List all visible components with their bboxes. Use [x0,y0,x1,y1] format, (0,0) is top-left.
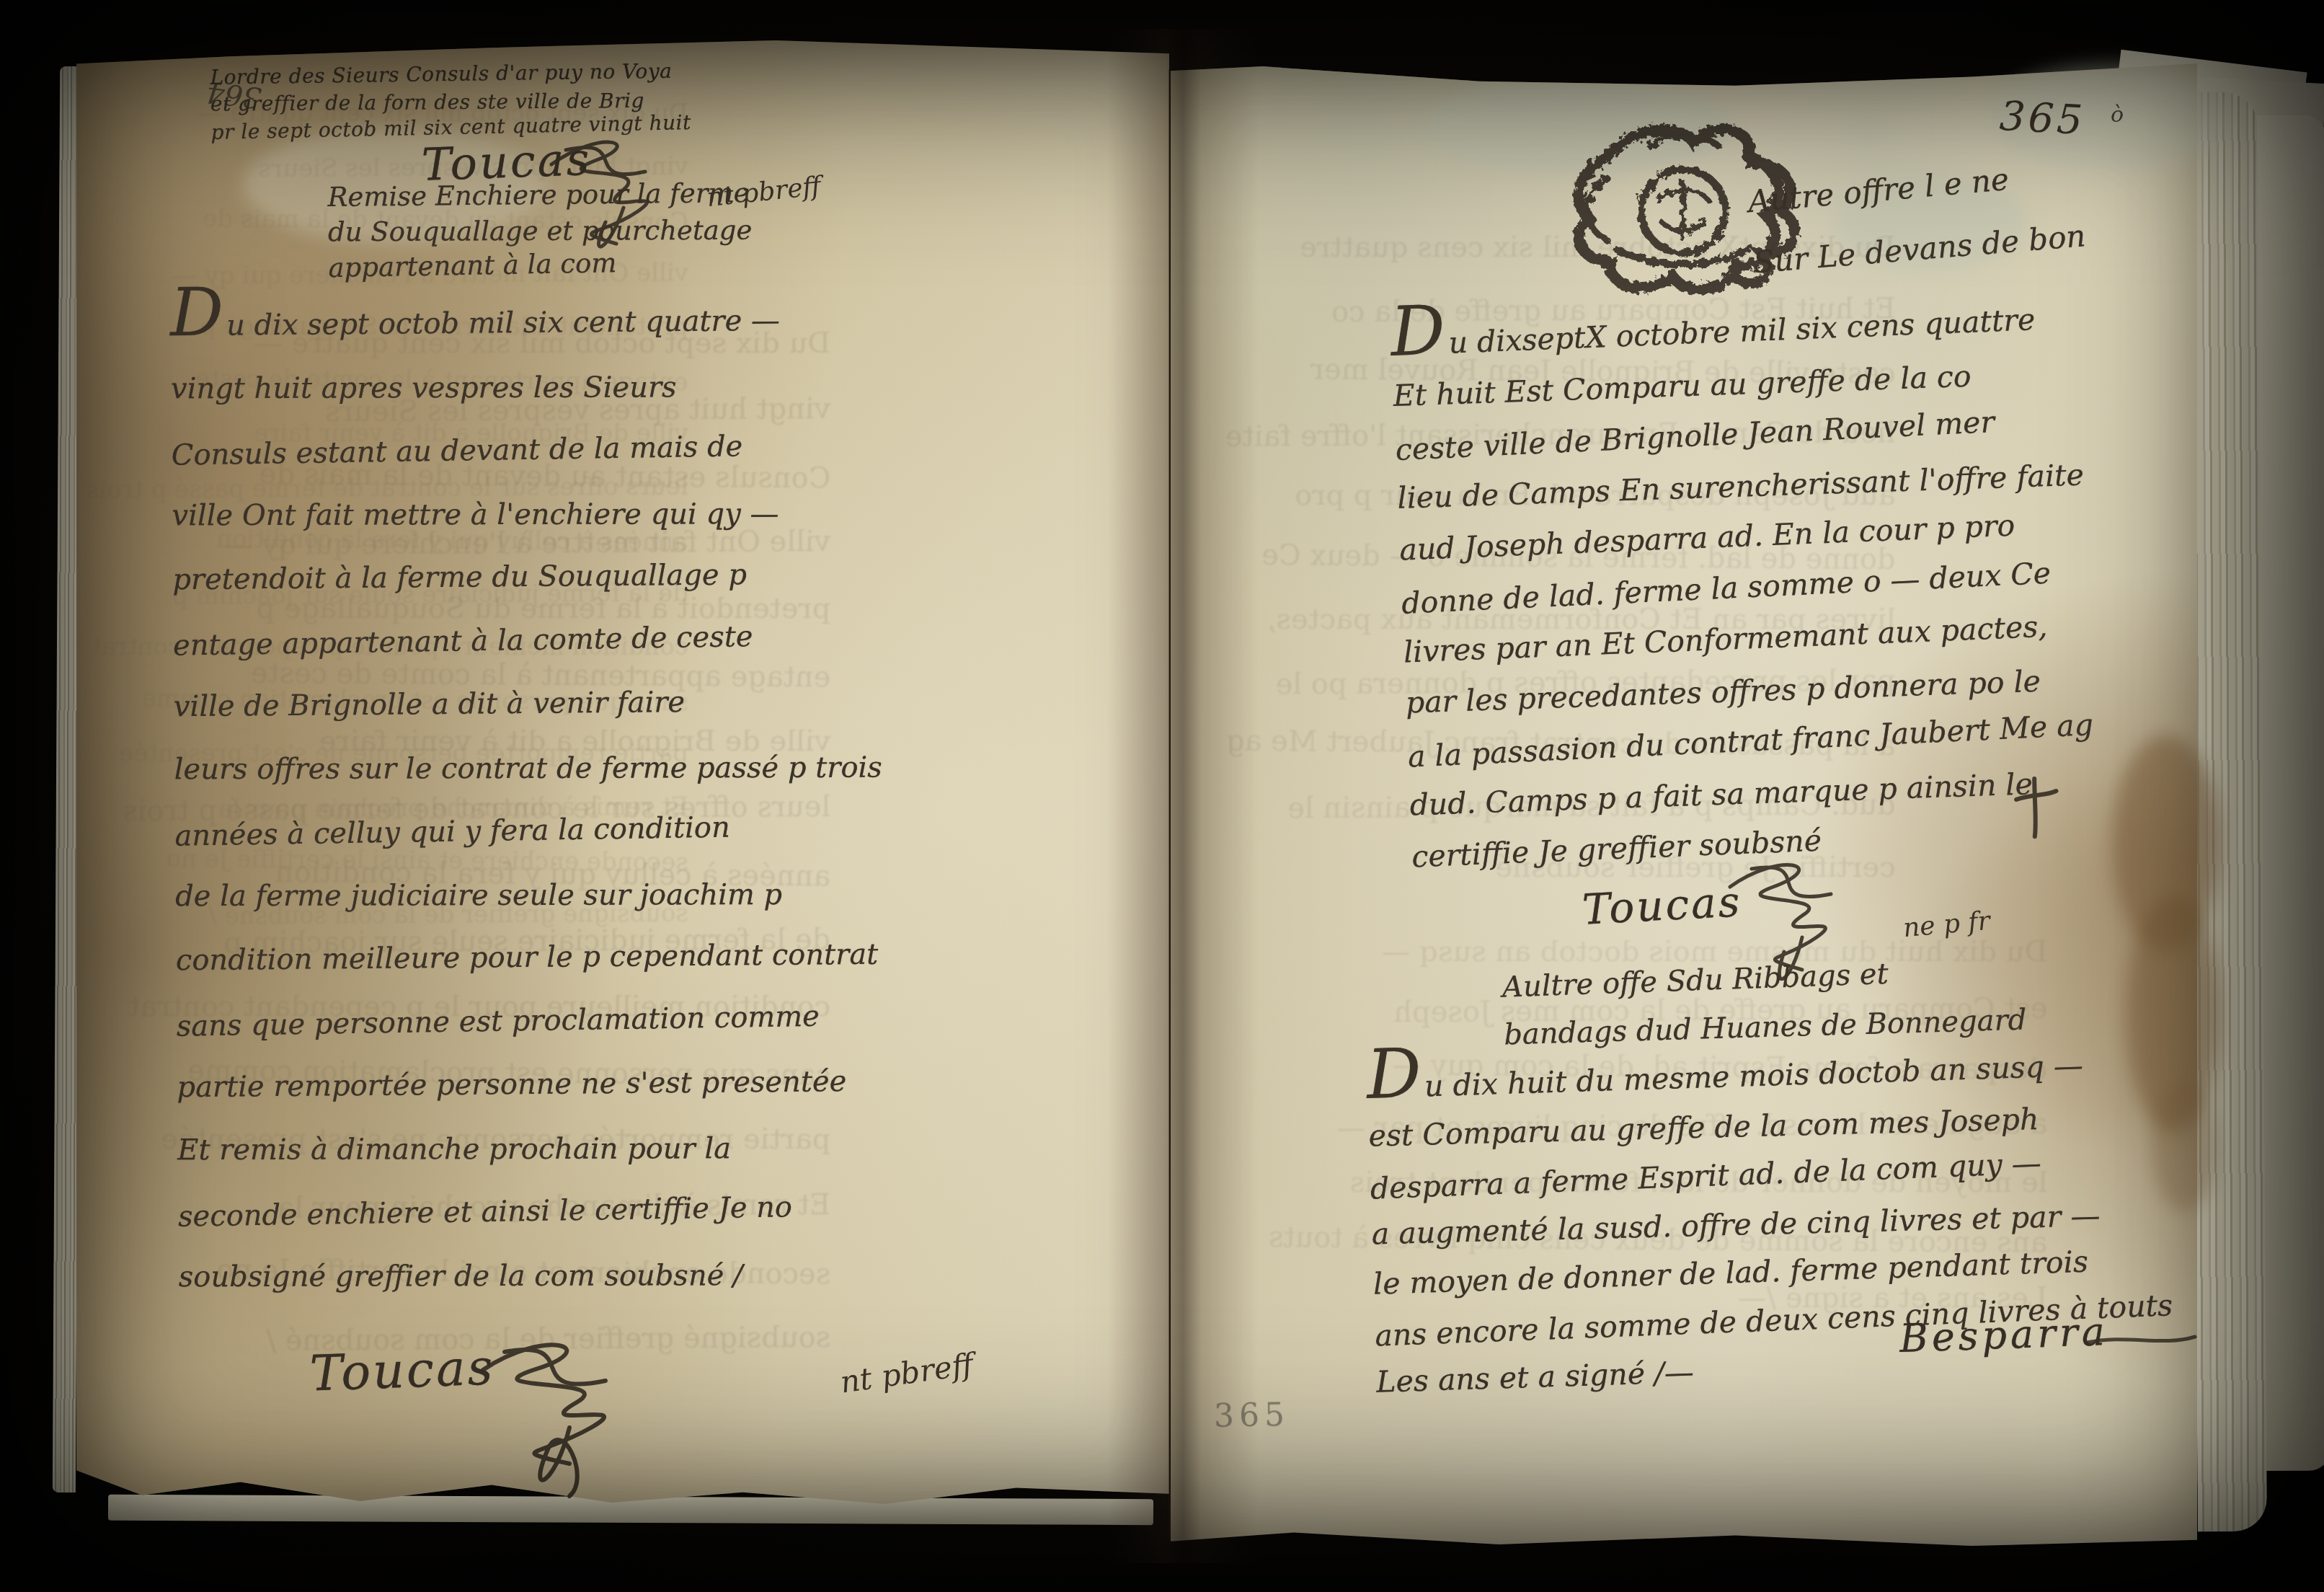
manuscript-line: condition meilleure pour le p cependant … [176,923,884,993]
manuscript-line: vingt huit apres vespres les Sieurs [171,355,879,421]
manuscript-line: Lordre des Sieurs Consuls d'ar puy no Vo… [210,57,691,90]
manuscript-line: ville Ont fait mettre à l'enchiere qui q… [172,482,879,548]
manuscript-line: Et remis à dimanche prochain pour la [177,1117,885,1182]
gutter-crease [1168,69,1171,1540]
manuscript-line: Consuls estant au devant de la mais de [171,412,879,487]
left-body-text: Du dix sept octob mil six cent quatre —v… [170,284,887,1310]
left-section-heading: Remise Enchiere pour la fermedu Souquall… [327,176,753,284]
manuscript-line: appartenant à la com [328,244,753,286]
manuscript-line: Remise Enchiere pour la ferme [327,176,752,215]
signature-besparra: Besparra [1899,1309,2109,1361]
pencil-folio-number: 365 [1214,1397,1290,1435]
manuscript-line: sans que personne est proclamation comme [176,983,884,1058]
manuscript-line: années à celluy qui y fera la condition [174,793,883,867]
manuscript-line: ville de Brignolle a dit à venir faire [174,669,882,739]
manuscript-line: entage appartenant à la comte de ceste [172,603,881,677]
right-body-text-1: Du dixseptX octobre mil six cens quattre… [1390,281,2099,883]
manuscript-line: soubsigné greffier de la com soubsné / [179,1244,887,1309]
cross-mark-icon [2009,774,2064,842]
manuscript-photo: Du dix sept octob mil six cent quatre —v… [0,0,2324,1592]
signature-flourish-icon [2083,1328,2199,1357]
manuscript-line: de la ferme judiciaire seule sur joachim… [175,863,883,929]
signature-paraph-icon [461,1319,678,1507]
manuscript-line: pretendoit à la ferme du Souquallage p [172,542,881,612]
manuscript-line: leurs offres sur le contrat de ferme pas… [174,736,882,802]
manuscript-line: seconde enchiere et ainsi le certiffie J… [177,1174,886,1248]
folio-number-365: 365 [1998,93,2086,144]
manuscript-line: Du dix sept octob mil six cent quatre — [170,284,879,358]
manuscript-line: partie remportée personne ne s'est prese… [177,1050,885,1120]
folio-mark: ò [2111,102,2124,128]
